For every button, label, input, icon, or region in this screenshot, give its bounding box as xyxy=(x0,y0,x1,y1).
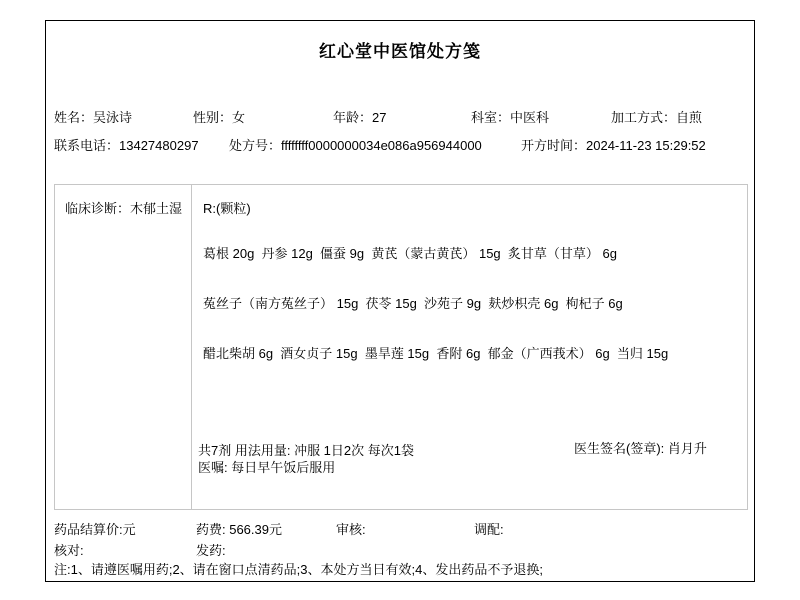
field-age-value: 27 xyxy=(372,110,386,125)
field-department: 科室：中医科 xyxy=(471,107,549,126)
doctor-signature-name: 肖月升 xyxy=(668,441,707,456)
field-name-value: 吴泳诗 xyxy=(93,110,132,125)
field-issue-time-label: 开方时间： xyxy=(521,138,586,153)
prescription-sheet: 红心堂中医馆处方笺 姓名：吴泳诗 性别：女 年龄：27 科室：中医科 加工方式：… xyxy=(45,20,755,582)
prescription-page: 红心堂中医馆处方笺 姓名：吴泳诗 性别：女 年龄：27 科室：中医科 加工方式：… xyxy=(0,0,800,600)
field-processing-method: 加工方式：自煎 xyxy=(611,107,702,126)
check-field: 核对: xyxy=(54,540,84,559)
field-gender: 性别：女 xyxy=(193,107,245,126)
field-department-label: 科室： xyxy=(471,110,510,125)
diagnosis-cell: 临床诊断：木郁土湿 xyxy=(55,185,192,509)
fee-field: 药费: 566.39元 xyxy=(196,519,282,538)
field-rx-number: 处方号：ffffffff0000000034e086a956944000 xyxy=(229,135,482,154)
field-processing-method-label: 加工方式： xyxy=(611,110,676,125)
rx-content-cell: R:(颗粒) 葛根 20g 丹参 12g 僵蚕 9g 黄芪（蒙古黄芪） 15g … xyxy=(193,185,747,509)
field-gender-value: 女 xyxy=(232,110,245,125)
medicine-line: 菟丝子（南方菟丝子） 15g 茯苓 15g 沙苑子 9g 麸炒枳壳 6g 枸杞子… xyxy=(203,293,623,312)
field-rx-number-value: ffffffff0000000034e086a956944000 xyxy=(281,138,482,153)
audit-field: 审核: xyxy=(336,519,366,538)
medicine-line: 醋北柴胡 6g 酒女贞子 15g 墨旱莲 15g 香附 6g 郁金（广西莪术） … xyxy=(203,343,668,362)
medicine-line: 葛根 20g 丹参 12g 僵蚕 9g 黄芪（蒙古黄芪） 15g 炙甘草（甘草）… xyxy=(203,243,617,262)
doctor-signature: 医生签名(签章): 肖月升 xyxy=(574,440,716,457)
field-age-label: 年龄： xyxy=(333,110,372,125)
field-phone-label: 联系电话： xyxy=(54,138,119,153)
field-issue-time: 开方时间：2024-11-23 15:29:52 xyxy=(521,135,706,154)
field-rx-number-label: 处方号： xyxy=(229,138,281,153)
allocate-field: 调配: xyxy=(474,519,504,538)
doctor-advice-line: 医嘱: 每日早午饭后服用 xyxy=(198,457,335,476)
field-phone-value: 13427480297 xyxy=(119,138,199,153)
settle-price-field: 药品结算价:元 xyxy=(54,519,136,538)
page-title: 红心堂中医馆处方笺 xyxy=(46,37,754,62)
field-issue-time-value: 2024-11-23 15:29:52 xyxy=(586,138,706,153)
field-department-value: 中医科 xyxy=(510,110,549,125)
diagnosis-value: 木郁土湿 xyxy=(130,201,182,216)
field-name-label: 姓名： xyxy=(54,110,93,125)
field-gender-label: 性别： xyxy=(193,110,232,125)
dispense-field: 发药: xyxy=(196,540,226,559)
diagnosis-label: 临床诊断： xyxy=(65,201,130,216)
field-name: 姓名：吴泳诗 xyxy=(54,107,132,126)
notes-line: 注:1、请遵医嘱用药;2、请在窗口点清药品;3、本处方当日有效;4、发出药品不予… xyxy=(54,559,543,578)
rx-box: 临床诊断：木郁土湿 R:(颗粒) 葛根 20g 丹参 12g 僵蚕 9g 黄芪（… xyxy=(54,184,748,510)
field-phone: 联系电话：13427480297 xyxy=(54,135,199,154)
doctor-signature-label: 医生签名(签章): xyxy=(574,441,668,456)
field-age: 年龄：27 xyxy=(333,107,386,126)
rx-header: R:(颗粒) xyxy=(203,198,251,217)
field-processing-method-value: 自煎 xyxy=(676,110,702,125)
